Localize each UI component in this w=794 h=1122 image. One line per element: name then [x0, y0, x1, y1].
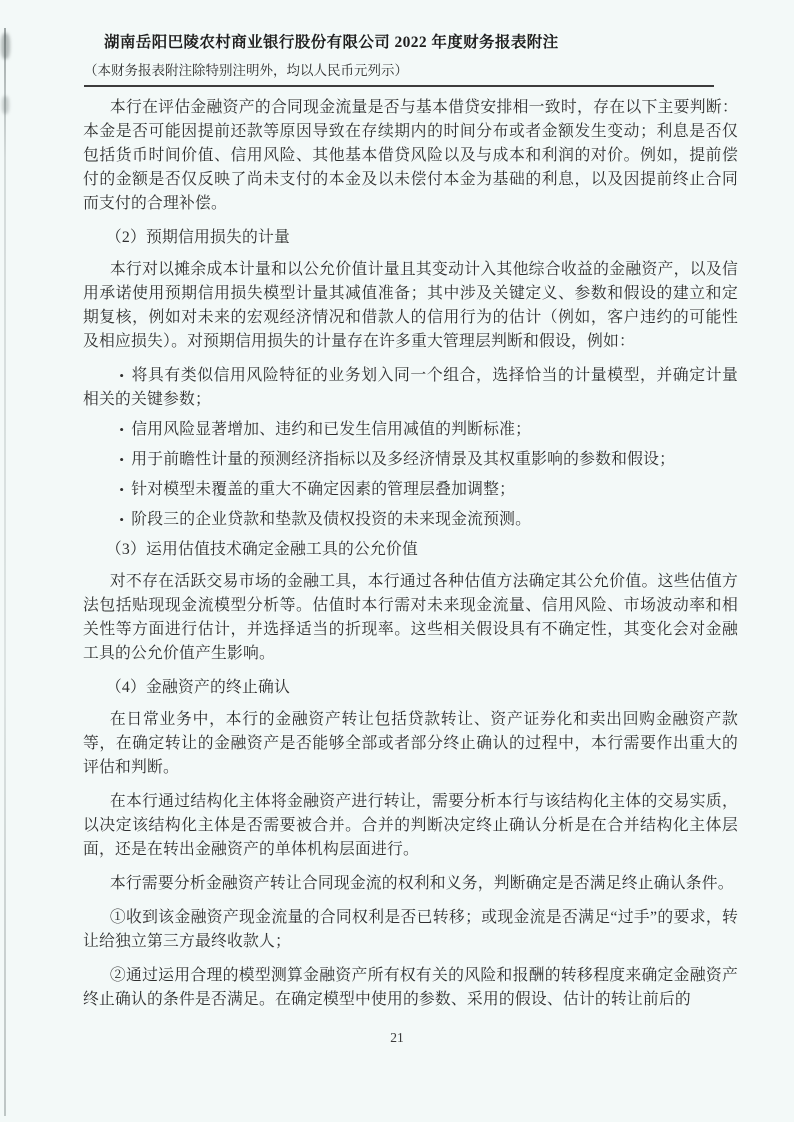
document-page: 湖南岳阳巴陵农村商业银行股份有限公司 2022 年度财务报表附注 （本财务报表附… [0, 0, 794, 1122]
currency-note: （本财务报表附注除特别注明外，均以人民币元列示） [84, 62, 738, 80]
bullet-item-sicr-criteria: •信用风险显著增加、违约和已发生信用减值的判断标准； [83, 418, 738, 442]
section-4-paragraph-rights-obligations: 本行需要分析金融资产转让合同现金流的权利和义务，判断确定是否满足终止确认条件。 [83, 872, 738, 896]
scan-smudge [1, 33, 10, 59]
scan-smudge [2, 96, 9, 114]
document-title: 湖南岳阳巴陵农村商业银行股份有限公司 2022 年度财务报表附注 [104, 32, 738, 54]
bullet-icon: • [119, 482, 124, 497]
paragraph-cashflow-judgments: 本行在评估金融资产的合同现金流量是否与基本借贷安排相一致时，存在以下主要判断：本… [83, 96, 738, 216]
bullet-icon: • [119, 452, 124, 467]
page-content: 湖南岳阳巴陵农村商业银行股份有限公司 2022 年度财务报表附注 （本财务报表附… [83, 0, 738, 1022]
ecl-bullet-list: •将具有类似信用风险特征的业务划入同一个组合，选择恰当的计量模型，并确定计量相关… [83, 364, 738, 532]
section-3-paragraph: 对不存在活跃交易市场的金融工具，本行通过各种估值方法确定其公允价值。这些估值方法… [83, 570, 738, 666]
bullet-text: 阶段三的企业贷款和垫款及债权投资的未来现金流预测。 [131, 511, 531, 528]
section-4-heading: （4）金融资产的终止确认 [83, 676, 738, 700]
page-number: 21 [0, 1030, 794, 1046]
bullet-text: 将具有类似信用风险特征的业务划入同一个组合，选择恰当的计量模型，并确定计量相关的… [83, 367, 738, 408]
section-2-paragraph: 本行对以摊余成本计量和以公允价值计量且其变动计入其他综合收益的金融资产，以及信用… [83, 258, 738, 354]
bullet-text: 针对模型未覆盖的重大不确定因素的管理层叠加调整； [131, 481, 515, 498]
section-4-paragraph-condition-1: ①收到该金融资产现金流量的合同权利是否已转移；或现金流是否满足“过手”的要求，转… [83, 906, 738, 954]
bullet-item-forward-looking: •用于前瞻性计量的预测经济指标以及多经济情景及其权重影响的参数和假设； [83, 448, 738, 472]
section-4-paragraph-condition-2: ②通过运用合理的模型测算金融资产所有权有关的风险和报酬的转移程度来确定金融资产终… [83, 964, 738, 1012]
bullet-item-stage3-forecast: •阶段三的企业贷款和垫款及债权投资的未来现金流预测。 [83, 508, 738, 532]
bullet-text: 信用风险显著增加、违约和已发生信用减值的判断标准； [131, 421, 531, 438]
section-4-paragraph-transfers: 在日常业务中，本行的金融资产转让包括贷款转让、资产证券化和卖出回购金融资产款等，… [83, 708, 738, 780]
scan-edge-artifact [4, 28, 6, 1116]
bullet-icon: • [119, 368, 124, 383]
page-header: 湖南岳阳巴陵农村商业银行股份有限公司 2022 年度财务报表附注 （本财务报表附… [83, 0, 738, 87]
section-4-paragraph-structured-entity: 在本行通过结构化主体将金融资产进行转让，需要分析本行与该结构化主体的交易实质，以… [83, 790, 738, 862]
section-3-heading: （3）运用估值技术确定金融工具的公允价值 [83, 538, 738, 562]
bullet-icon: • [119, 512, 124, 527]
header-divider [84, 85, 714, 87]
bullet-icon: • [119, 422, 124, 437]
document-body: 本行在评估金融资产的合同现金流量是否与基本借贷安排相一致时，存在以下主要判断：本… [83, 96, 738, 1012]
bullet-item-grouping: •将具有类似信用风险特征的业务划入同一个组合，选择恰当的计量模型，并确定计量相关… [83, 364, 738, 412]
section-2-heading: （2）预期信用损失的计量 [83, 226, 738, 250]
bullet-item-overlay-adjustments: •针对模型未覆盖的重大不确定因素的管理层叠加调整； [83, 478, 738, 502]
bullet-text: 用于前瞻性计量的预测经济指标以及多经济情景及其权重影响的参数和假设； [131, 451, 675, 468]
